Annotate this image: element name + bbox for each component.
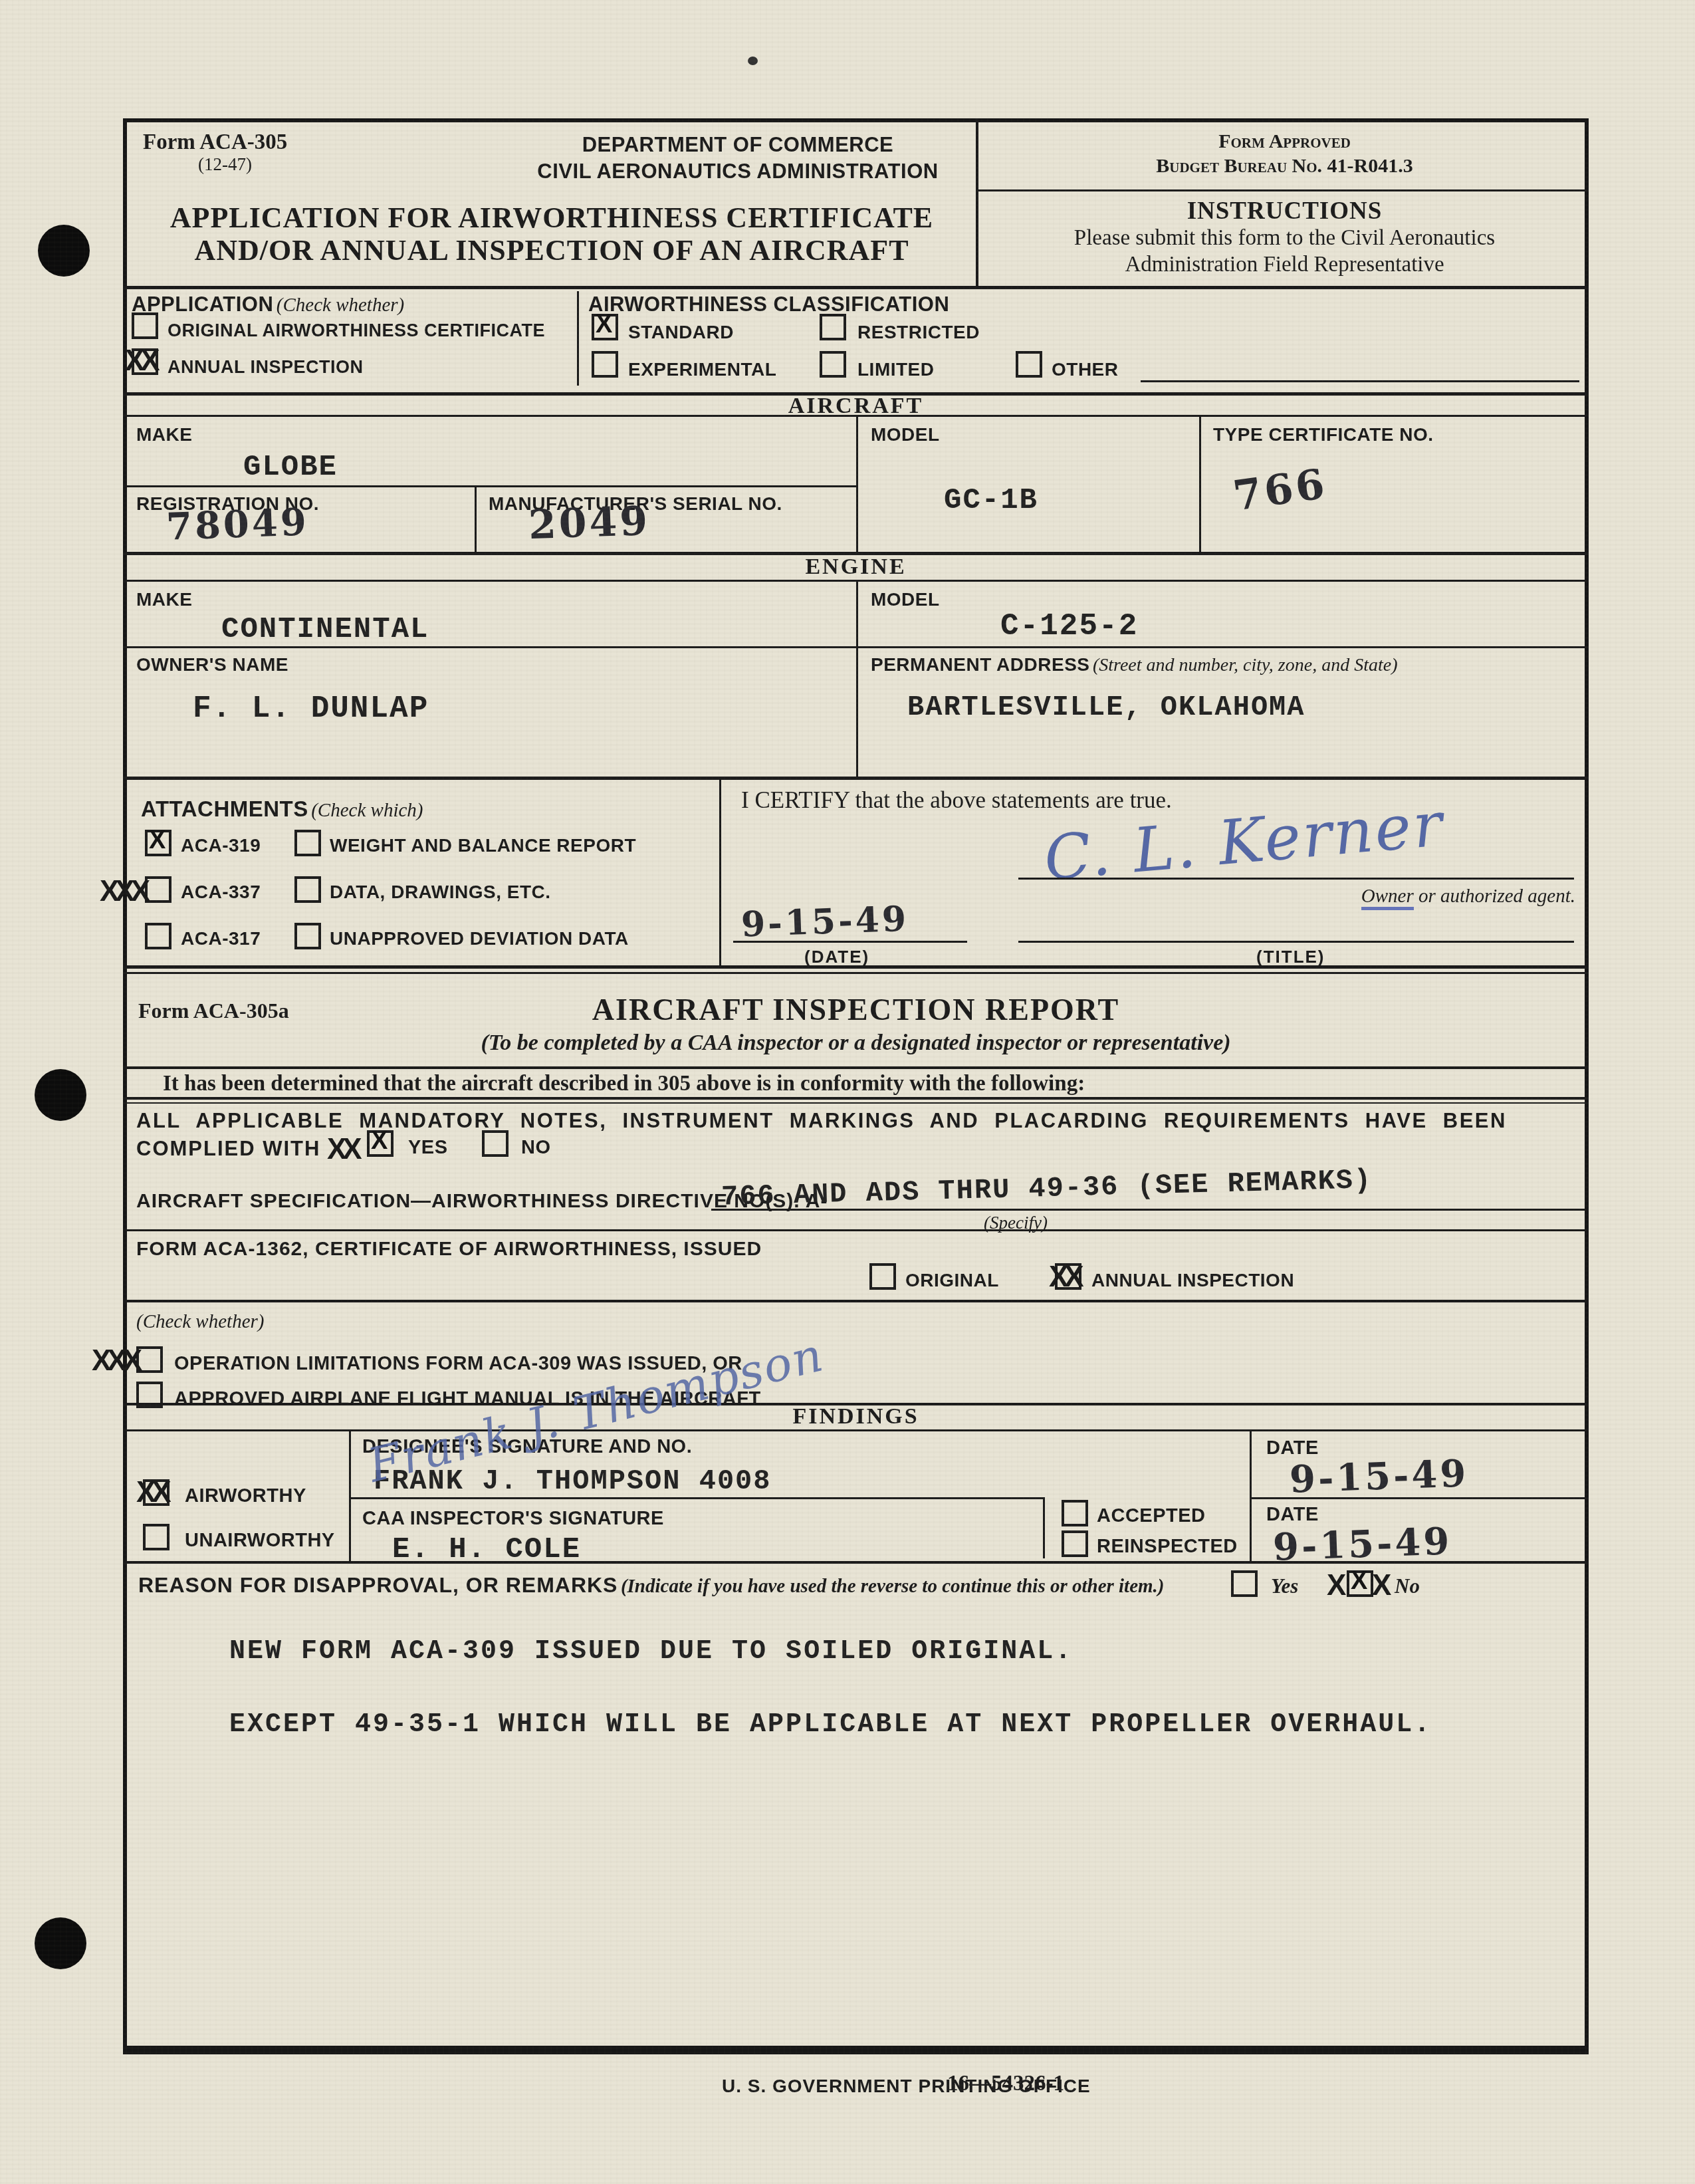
title-line[interactable] xyxy=(1018,941,1574,943)
owner-word: Owner xyxy=(1361,886,1414,910)
checkbox-mark: X xyxy=(149,826,166,855)
aca-337-overstrike: XXX xyxy=(100,875,146,908)
aca-1362-label: FORM ACA-1362, CERTIFICATE OF AIRWORTHIN… xyxy=(136,1238,762,1261)
other-checkbox[interactable] xyxy=(1016,351,1042,378)
coa-annual-label: ANNUAL INSPECTION xyxy=(1091,1270,1294,1291)
restricted-checkbox[interactable] xyxy=(820,314,846,340)
unairworthy-label: UNAIRWORTHY xyxy=(185,1530,335,1552)
data-drawings-label: DATA, DRAWINGS, ETC. xyxy=(330,882,551,903)
remarks-line1[interactable]: NEW FORM ACA-309 ISSUED DUE TO SOILED OR… xyxy=(229,1637,1073,1667)
remarks-no-checkbox[interactable]: X xyxy=(1347,1570,1373,1597)
divider xyxy=(123,1561,1589,1564)
serial-number-value[interactable]: 2049 xyxy=(528,498,651,548)
type-certificate-label: TYPE CERTIFICATE NO. xyxy=(1213,424,1434,445)
instructions-title: INSTRUCTIONS xyxy=(980,197,1589,225)
divider xyxy=(123,1097,1589,1100)
complied-no-checkbox[interactable] xyxy=(482,1130,508,1157)
original-certificate-label: ORIGINAL AIRWORTHINESS CERTIFICATE xyxy=(168,320,545,341)
reinspected-label: REINSPECTED xyxy=(1097,1536,1238,1558)
airworthy-label: AIRWORTHY xyxy=(185,1485,306,1507)
divider xyxy=(123,1300,1589,1302)
aca-337-checkbox[interactable] xyxy=(145,876,171,903)
aircraft-model-value[interactable]: GC-1B xyxy=(944,484,1038,517)
experimental-checkbox[interactable] xyxy=(592,351,618,378)
classification-label: AIRWORTHINESS CLASSIFICATION xyxy=(588,293,949,316)
divider xyxy=(349,1497,1044,1499)
aircraft-make-value[interactable]: GLOBE xyxy=(243,451,338,484)
divider xyxy=(123,286,1589,289)
weight-balance-checkbox[interactable] xyxy=(294,830,321,856)
findings-date1-value[interactable]: 9-15-49 xyxy=(1289,1451,1469,1501)
aca-337-label: ACA-337 xyxy=(181,882,261,903)
remarks-label: REASON FOR DISAPPROVAL, OR REMARKS xyxy=(138,1573,618,1597)
divider xyxy=(856,580,858,777)
data-drawings-checkbox[interactable] xyxy=(294,876,321,903)
divider xyxy=(976,189,1589,191)
aca-319-checkbox[interactable]: X xyxy=(145,830,171,856)
form-approved: Form Approved xyxy=(980,130,1589,153)
owner-name-value[interactable]: F. L. DUNLAP xyxy=(193,691,429,726)
unapproved-deviation-label: UNAPPROVED DEVIATION DATA xyxy=(330,928,629,949)
divider xyxy=(1250,1429,1252,1561)
ops-limitations-checkbox[interactable] xyxy=(136,1346,163,1373)
weight-balance-label: WEIGHT AND BALANCE REPORT xyxy=(330,835,636,856)
limited-label: LIMITED xyxy=(857,359,935,380)
divider xyxy=(123,972,1589,974)
agent-text: or authorized agent. xyxy=(1414,886,1575,907)
department-name: DEPARTMENT OF COMMERCE xyxy=(492,133,984,157)
attachments-hint: (Check which) xyxy=(311,800,423,821)
check-whether-hint: (Check whether) xyxy=(136,1311,264,1333)
signature-line[interactable] xyxy=(1018,878,1574,880)
ops-limitations-mark: XXX xyxy=(92,1344,138,1378)
remarks-no-premark: X xyxy=(1327,1569,1346,1602)
findings-date1-label: DATE xyxy=(1266,1437,1319,1459)
divider xyxy=(123,1229,1589,1231)
divider xyxy=(475,485,477,552)
divider xyxy=(577,291,579,386)
unairworthy-checkbox[interactable] xyxy=(143,1524,169,1550)
divider xyxy=(123,777,1589,780)
original-certificate-checkbox[interactable] xyxy=(132,312,158,339)
coa-original-label: ORIGINAL xyxy=(905,1270,999,1291)
divider xyxy=(1043,1497,1045,1558)
form-number: Form ACA-305 xyxy=(143,130,287,155)
remarks-yes-label: Yes xyxy=(1271,1574,1298,1598)
form-revision: (12-47) xyxy=(198,154,252,175)
permanent-address-value[interactable]: BARTLESVILLE, OKLAHOMA xyxy=(907,691,1305,723)
unapproved-deviation-checkbox[interactable] xyxy=(294,923,321,949)
aircraft-model-label: MODEL xyxy=(871,424,940,445)
divider xyxy=(123,646,1589,648)
divider xyxy=(856,415,858,552)
divider xyxy=(123,965,1589,969)
complied-yes-label: YES xyxy=(408,1137,448,1159)
other-label: OTHER xyxy=(1052,359,1119,380)
experimental-label: EXPERIMENTAL xyxy=(628,359,776,380)
engine-model-value[interactable]: C-125-2 xyxy=(1000,609,1138,644)
inspection-title: AIRCRAFT INSPECTION REPORT xyxy=(123,992,1589,1027)
determination-statement: It has been determined that the aircraft… xyxy=(163,1072,1085,1096)
ink-speck xyxy=(748,57,758,65)
complied-no-label: NO xyxy=(521,1137,551,1159)
remarks-no-postmark: X xyxy=(1372,1569,1391,1602)
limited-checkbox[interactable] xyxy=(820,351,846,378)
inspection-subtitle: (To be completed by a CAA inspector or a… xyxy=(123,1031,1589,1056)
aircraft-make-label: MAKE xyxy=(136,424,192,445)
checkbox-mark: X xyxy=(596,310,612,339)
aca-317-checkbox[interactable] xyxy=(145,923,171,949)
scanned-form-page: Form ACA-305 (12-47) DEPARTMENT OF COMME… xyxy=(0,0,1695,2184)
administration-name: CIVIL AERONAUTICS ADMINISTRATION xyxy=(492,160,984,183)
findings-date2-label: DATE xyxy=(1266,1504,1319,1526)
aca-319-label: ACA-319 xyxy=(181,835,261,856)
punch-hole xyxy=(35,1917,86,1969)
punch-hole xyxy=(35,1069,86,1121)
date-line[interactable] xyxy=(733,941,967,943)
other-fill-line[interactable] xyxy=(1141,380,1579,382)
document-number: 16—54326-1 xyxy=(947,2072,1064,2096)
coa-annual-mark: XX xyxy=(1049,1261,1080,1294)
form-title-line2: AND/OR ANNUAL INSPECTION OF AN AIRCRAFT xyxy=(133,234,970,267)
instructions-line1: Please submit this form to the Civil Aer… xyxy=(980,226,1589,251)
title-caption: (TITLE) xyxy=(1256,947,1325,967)
certification-date-value[interactable]: 9-15-49 xyxy=(740,899,909,945)
owner-name-label: OWNER'S NAME xyxy=(136,654,288,675)
annual-inspection-label: ANNUAL INSPECTION xyxy=(168,357,364,378)
remarks-hint: (Indicate if you have used the reverse t… xyxy=(621,1576,1165,1597)
punch-hole xyxy=(38,225,90,277)
annual-inspection-mark: XX xyxy=(125,344,156,378)
date-caption: (DATE) xyxy=(804,947,869,967)
complied-with-label: COMPLIED WITH xyxy=(136,1137,320,1161)
registration-number-value[interactable]: 78049 xyxy=(166,500,310,548)
engine-make-value[interactable]: CONTINENTAL xyxy=(221,613,429,646)
complied-yes-checkbox[interactable]: X xyxy=(367,1130,394,1157)
complied-overstrike: XX xyxy=(327,1133,358,1166)
divider xyxy=(123,1066,1589,1069)
divider xyxy=(123,485,856,487)
divider xyxy=(349,1429,351,1561)
remarks-no-label: No xyxy=(1395,1574,1420,1598)
airworthy-mark: XX xyxy=(136,1476,168,1509)
divider xyxy=(1250,1497,1589,1499)
findings-title: FINDINGS xyxy=(123,1404,1589,1429)
permanent-address-label: PERMANENT ADDRESS xyxy=(871,654,1090,675)
accepted-checkbox[interactable] xyxy=(1062,1500,1088,1526)
aca-317-label: ACA-317 xyxy=(181,928,261,949)
standard-checkbox[interactable]: X xyxy=(592,314,618,340)
instructions-line2: Administration Field Representative xyxy=(980,253,1589,277)
engine-section-title: ENGINE xyxy=(123,554,1589,580)
spec-fill-line[interactable] xyxy=(711,1209,1585,1211)
caa-inspector-label: CAA INSPECTOR'S SIGNATURE xyxy=(362,1508,664,1530)
checkbox-mark: X xyxy=(1351,1567,1367,1596)
restricted-label: RESTRICTED xyxy=(857,322,980,343)
standard-label: STANDARD xyxy=(628,322,734,343)
compliance-line: ALL APPLICABLE MANDATORY NOTES, INSTRUME… xyxy=(136,1109,1507,1133)
divider xyxy=(123,1102,1589,1104)
application-hint: (Check whether) xyxy=(277,295,404,316)
accepted-label: ACCEPTED xyxy=(1097,1505,1206,1527)
budget-bureau-number: Budget Bureau No. 41-R041.3 xyxy=(980,155,1589,178)
divider xyxy=(976,118,978,286)
divider xyxy=(719,777,721,967)
permanent-address-hint: (Street and number, city, zone, and Stat… xyxy=(1093,655,1398,675)
coa-original-checkbox[interactable] xyxy=(869,1263,896,1290)
engine-make-label: MAKE xyxy=(136,589,192,610)
certify-statement: I CERTIFY that the above statements are … xyxy=(741,787,1172,814)
engine-model-label: MODEL xyxy=(871,589,940,610)
remarks-yes-checkbox[interactable] xyxy=(1231,1570,1258,1597)
checkbox-mark: X xyxy=(371,1127,388,1155)
remarks-line2[interactable]: EXCEPT 49-35-1 WHICH WILL BE APPLICABLE … xyxy=(229,1710,1432,1740)
form-title-line1: APPLICATION FOR AIRWORTHINESS CERTIFICAT… xyxy=(133,201,970,234)
divider xyxy=(123,1429,1589,1431)
divider xyxy=(1199,415,1201,552)
reinspected-checkbox[interactable] xyxy=(1062,1530,1088,1557)
attachments-label: ATTACHMENTS xyxy=(141,796,308,821)
